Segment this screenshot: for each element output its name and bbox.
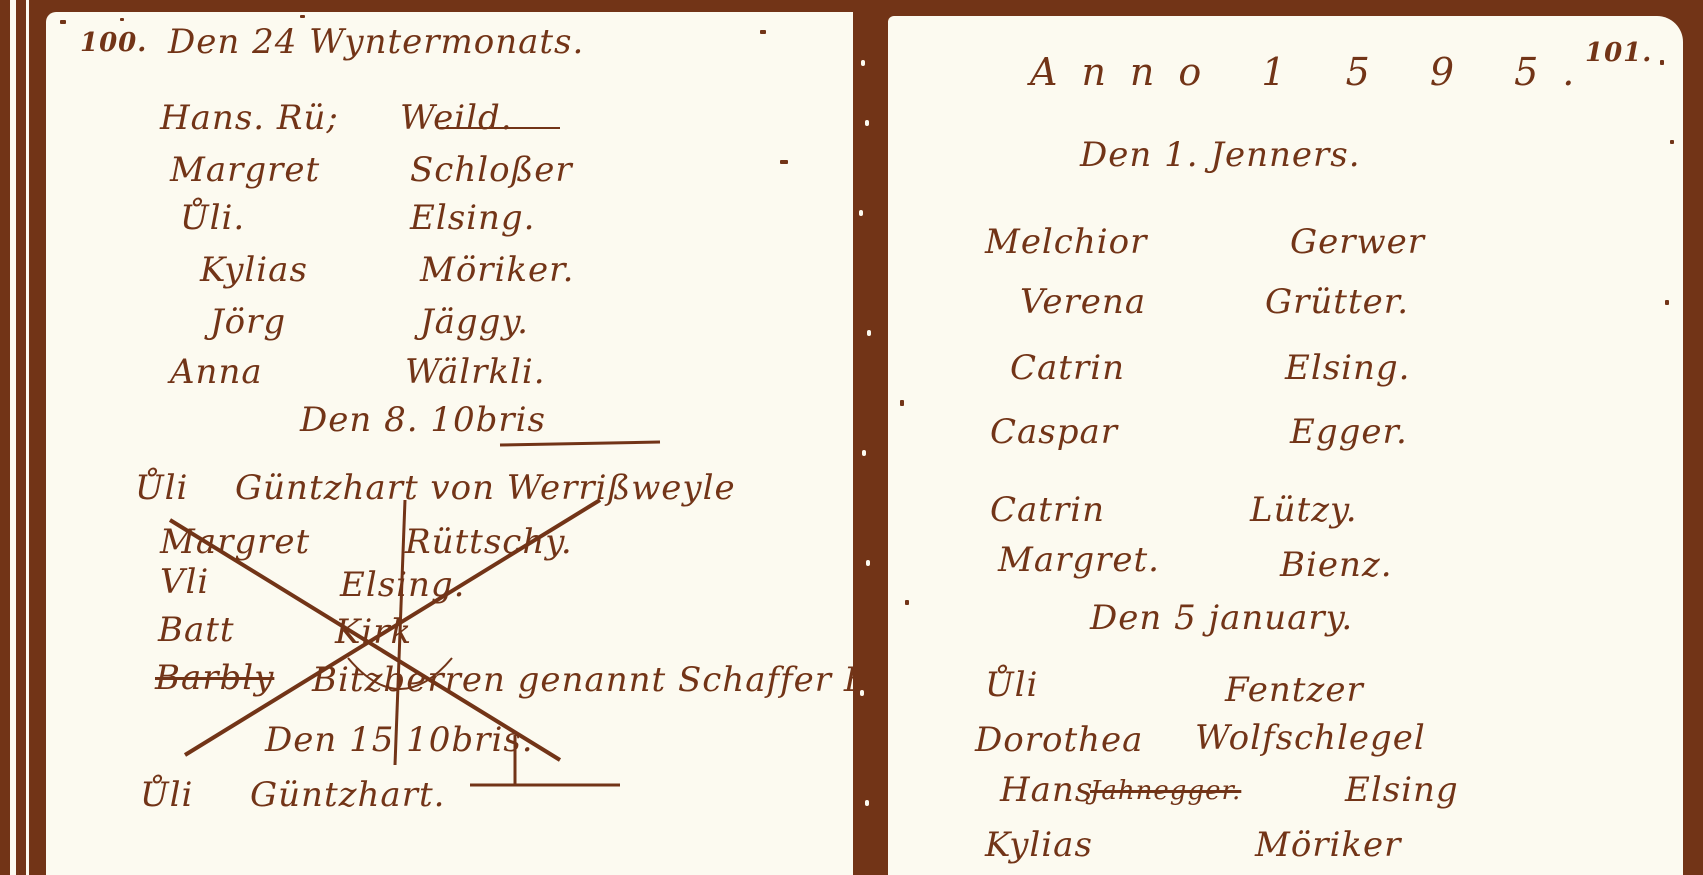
right-date-heading-1: Den 1. Jenners.: [1080, 135, 1361, 175]
entry-first-name: Margret.: [998, 540, 1160, 580]
entry-first-name: Ůli.: [180, 198, 245, 238]
entry-last-name: Güntzhart.: [250, 775, 445, 815]
book-edge-left: [0, 0, 48, 875]
entry-first-name: Vli: [160, 562, 209, 602]
entry-first-name: Ůli: [140, 775, 193, 815]
struck-out-surname: Jahnegger.: [1090, 776, 1241, 806]
entry-last-name: Jäggy.: [420, 302, 529, 342]
right-folio-number: 101.: [1585, 38, 1652, 68]
entry-last-name: Fentzer: [1225, 670, 1364, 710]
entry-last-name: Elsing.: [1285, 348, 1411, 388]
entry-first-name: Melchior: [985, 222, 1147, 262]
entry-first-name: Catrin: [990, 490, 1105, 530]
entry-first-name: Barbly: [155, 658, 274, 698]
entry-last-name: Elsing: [1345, 770, 1459, 810]
entry-last-name: Egger.: [1290, 412, 1408, 452]
entry-first-name: Jörg: [210, 302, 286, 342]
left-date-heading-3: Den 15 10bris.: [265, 720, 534, 760]
entry-last-name: Grütter.: [1265, 282, 1409, 322]
entry-last-name: Güntzhart von Werrißweyle: [235, 468, 736, 508]
book-gutter: [853, 0, 893, 875]
entry-first-name: Margret: [170, 150, 320, 190]
left-folio-number: 100.: [80, 28, 147, 58]
entry-first-name: Ůli: [985, 665, 1038, 705]
entry-last-name: Wolfschlegel: [1195, 718, 1426, 758]
entry-first-name: Kylias: [200, 250, 308, 290]
entry-first-name: Anna: [170, 352, 263, 392]
right-date-heading-2: Den 5 january.: [1090, 598, 1353, 638]
entry-first-name: Batt: [158, 610, 235, 650]
year-heading: Anno 1 5 9 5.: [1030, 50, 1598, 94]
entry-first-name: Kylias: [985, 825, 1093, 865]
entry-last-name: Weild.: [400, 98, 513, 138]
entry-last-name: Schloßer: [410, 150, 573, 190]
entry-last-name: Möriker: [1255, 825, 1401, 865]
entry-last-name: Wälrkli.: [405, 352, 546, 392]
entry-last-name: Gerwer: [1290, 222, 1425, 262]
left-date-heading-2: Den 8. 10bris: [300, 400, 546, 440]
entry-first-name: Caspar: [990, 412, 1118, 452]
entry-first-name: Dorothea: [975, 720, 1143, 760]
entry-first-name: Hans: [1000, 770, 1093, 810]
entry-first-name: Ůli: [135, 468, 188, 508]
entry-first-name: Verena: [1020, 282, 1146, 322]
entry-last-name: Möriker.: [420, 250, 574, 290]
entry-first-name: Catrin: [1010, 348, 1125, 388]
entry-first-name: Margret: [160, 522, 310, 562]
entry-first-name: Hans. Rü;: [160, 98, 339, 138]
entry-last-name: Rüttschy.: [405, 522, 573, 562]
entry-last-name: Lützy.: [1250, 490, 1358, 530]
entry-last-name: Bienz.: [1280, 545, 1393, 585]
entry-last-name: Bitzberren genannt Schaffer Br: [312, 660, 887, 700]
left-date-heading-1: Den 24 Wyntermonats.: [168, 22, 584, 62]
entry-last-name: Kirk: [335, 612, 412, 652]
entry-last-name: Elsing.: [410, 198, 536, 238]
entry-last-name: Elsing.: [340, 565, 466, 605]
